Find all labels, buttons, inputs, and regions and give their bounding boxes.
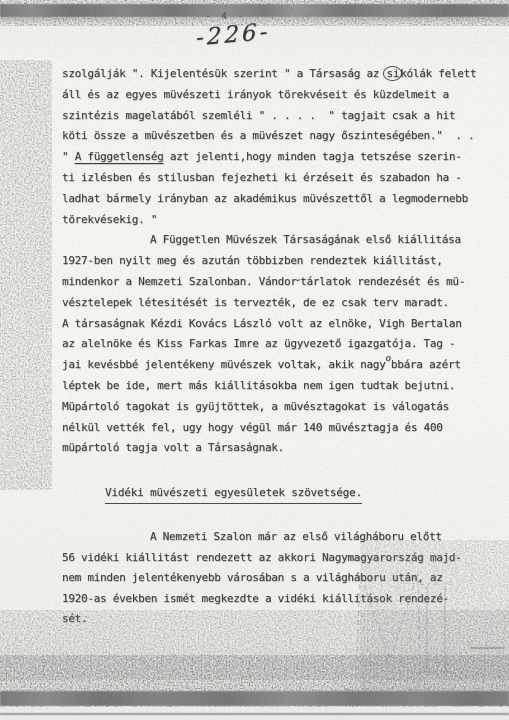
document-line: 1920-as években ismét megkezdte a vidéki… (62, 589, 492, 610)
typed-text: áll és az egyes müvészeti irányok törekv… (62, 88, 449, 101)
document-line: jai kevésbbé jelentékeny müvészek voltak… (62, 355, 492, 376)
document-line: A Nemzeti Szalon már az első világháboru… (62, 527, 492, 548)
typed-text: törekvésekig. " (62, 213, 157, 226)
typed-page-number: - 4 - (205, 11, 245, 22)
section-heading: Vidéki müvészeti egyesületek szövetsége. (105, 486, 362, 504)
document-line: " A függetlenség azt jelenti,hogy minden… (62, 147, 492, 168)
document-line: A Független Müvészek Társaságának első k… (62, 230, 492, 251)
typed-text: kólák felett (400, 67, 476, 80)
typed-text: ti izlésben és stilusban fejezheti ki ér… (62, 171, 462, 184)
typed-text: sét. (62, 612, 87, 625)
closing-paragraph: A Nemzeti Szalon már az első világháboru… (62, 527, 492, 630)
scanned-document-page: - 4 - -226- szolgálják ". Kijelentésük s… (0, 0, 509, 720)
typed-text: mindenkor a Nemzeti Szalonban. Vándor (62, 275, 297, 288)
document-line: az alelnöke és Kiss Farkas Imre az ügyve… (62, 334, 492, 355)
typed-text: A társaságnak Kézdi Kovács László volt a… (62, 317, 462, 330)
document-line: ti izlésben és stilusban fejezheti ki ér… (62, 168, 492, 189)
document-line: 56 vidéki kiállitást rendezett az akkori… (62, 548, 492, 569)
typed-text: Müpártoló tagokat is gyüjtöttek, a müvés… (62, 400, 449, 413)
bottom-edge-strip (0, 706, 509, 720)
document-line: törekvésekig. " (62, 210, 492, 231)
top-scan-band (0, 4, 509, 17)
document-line: 1927-ben nyilt meg és azután többizben r… (62, 251, 492, 272)
pen-correction: o (385, 354, 390, 364)
document-line: nem minden jelentékenyebb városában s a … (62, 568, 492, 589)
document-line: mindenkor a Nemzeti Szalonban. Vándor-tá… (62, 272, 492, 293)
document-line: nélkül vették fel, ugy hogy végül már 14… (62, 418, 492, 439)
typed-text: bbára azért (391, 358, 461, 371)
typed-text: 56 vidéki kiállitást rendezett az akkori… (62, 551, 462, 564)
typed-text: szintézis magelatából szemléli " . . . .… (62, 109, 455, 122)
typed-text: azt jelenti,hogy minden tagja tetszése s… (163, 150, 461, 163)
typed-text: szolgálják ". Kijelentésük szerint " a T… (62, 67, 385, 80)
document-line: müpártoló tagja volt a Társaságnak. (62, 438, 492, 459)
body-paragraphs: szolgálják ". Kijelentésük szerint " a T… (62, 64, 492, 459)
typed-text: A Független Müvészek Társaságának első k… (150, 233, 461, 246)
handwritten-page-number: -226- (196, 19, 271, 52)
typed-text: jai kevésbbé jelentékeny müvészek voltak… (62, 358, 385, 371)
typed-text: 1920-as években ismét megkezdte a vidéki… (62, 592, 449, 605)
typed-text: vésztelepek létesitését is tervezték, de… (62, 296, 449, 309)
bottom-scan-band (0, 691, 509, 706)
typed-text: tárlatok rendezését és mü- (300, 275, 465, 288)
typed-text: müpártoló tagja volt a Társaságnak. (62, 441, 284, 454)
underlined-text: A függetlenség (75, 150, 164, 163)
typed-text: " (62, 150, 75, 163)
typed-text: az alelnöke és Kiss Farkas Imre az ügyve… (62, 337, 455, 350)
document-line: ladhat bármely irányban az akadémikus mü… (62, 189, 492, 210)
typed-text: 1927-ben nyilt meg és azután többizben r… (62, 254, 443, 267)
document-line: sét. (62, 609, 492, 630)
document-line: Müpártoló tagokat is gyüjtöttek, a müvés… (62, 397, 492, 418)
bottom-edge-line (0, 713, 509, 715)
typed-text: A Nemzeti Szalon már az első világháboru… (150, 530, 442, 543)
document-line: áll és az egyes müvészeti irányok törekv… (62, 85, 492, 106)
typed-text: nem minden jelentékenyebb városában s a … (62, 571, 443, 584)
document-line: szolgálják ". Kijelentésük szerint " a T… (62, 64, 492, 85)
document-line: vésztelepek létesitését is tervezték, de… (62, 293, 492, 314)
document-line: léptek be ide, mert más kiállitásokba ne… (62, 376, 492, 397)
document-line: szintézis magelatából szemléli " . . . .… (62, 106, 492, 127)
typed-text: léptek be ide, mert más kiállitásokba ne… (62, 379, 455, 392)
typed-text: nélkül vették fel, ugy hogy végül már 14… (62, 421, 443, 434)
document-line: köti össze a müvészetben és a müvészet n… (62, 126, 492, 147)
document-line: A társaságnak Kézdi Kovács László volt a… (62, 314, 492, 335)
typed-text: köti össze a müvészetben és a müvészet n… (62, 129, 474, 142)
typed-text: ladhat bármely irányban az akadémikus mü… (62, 192, 468, 205)
